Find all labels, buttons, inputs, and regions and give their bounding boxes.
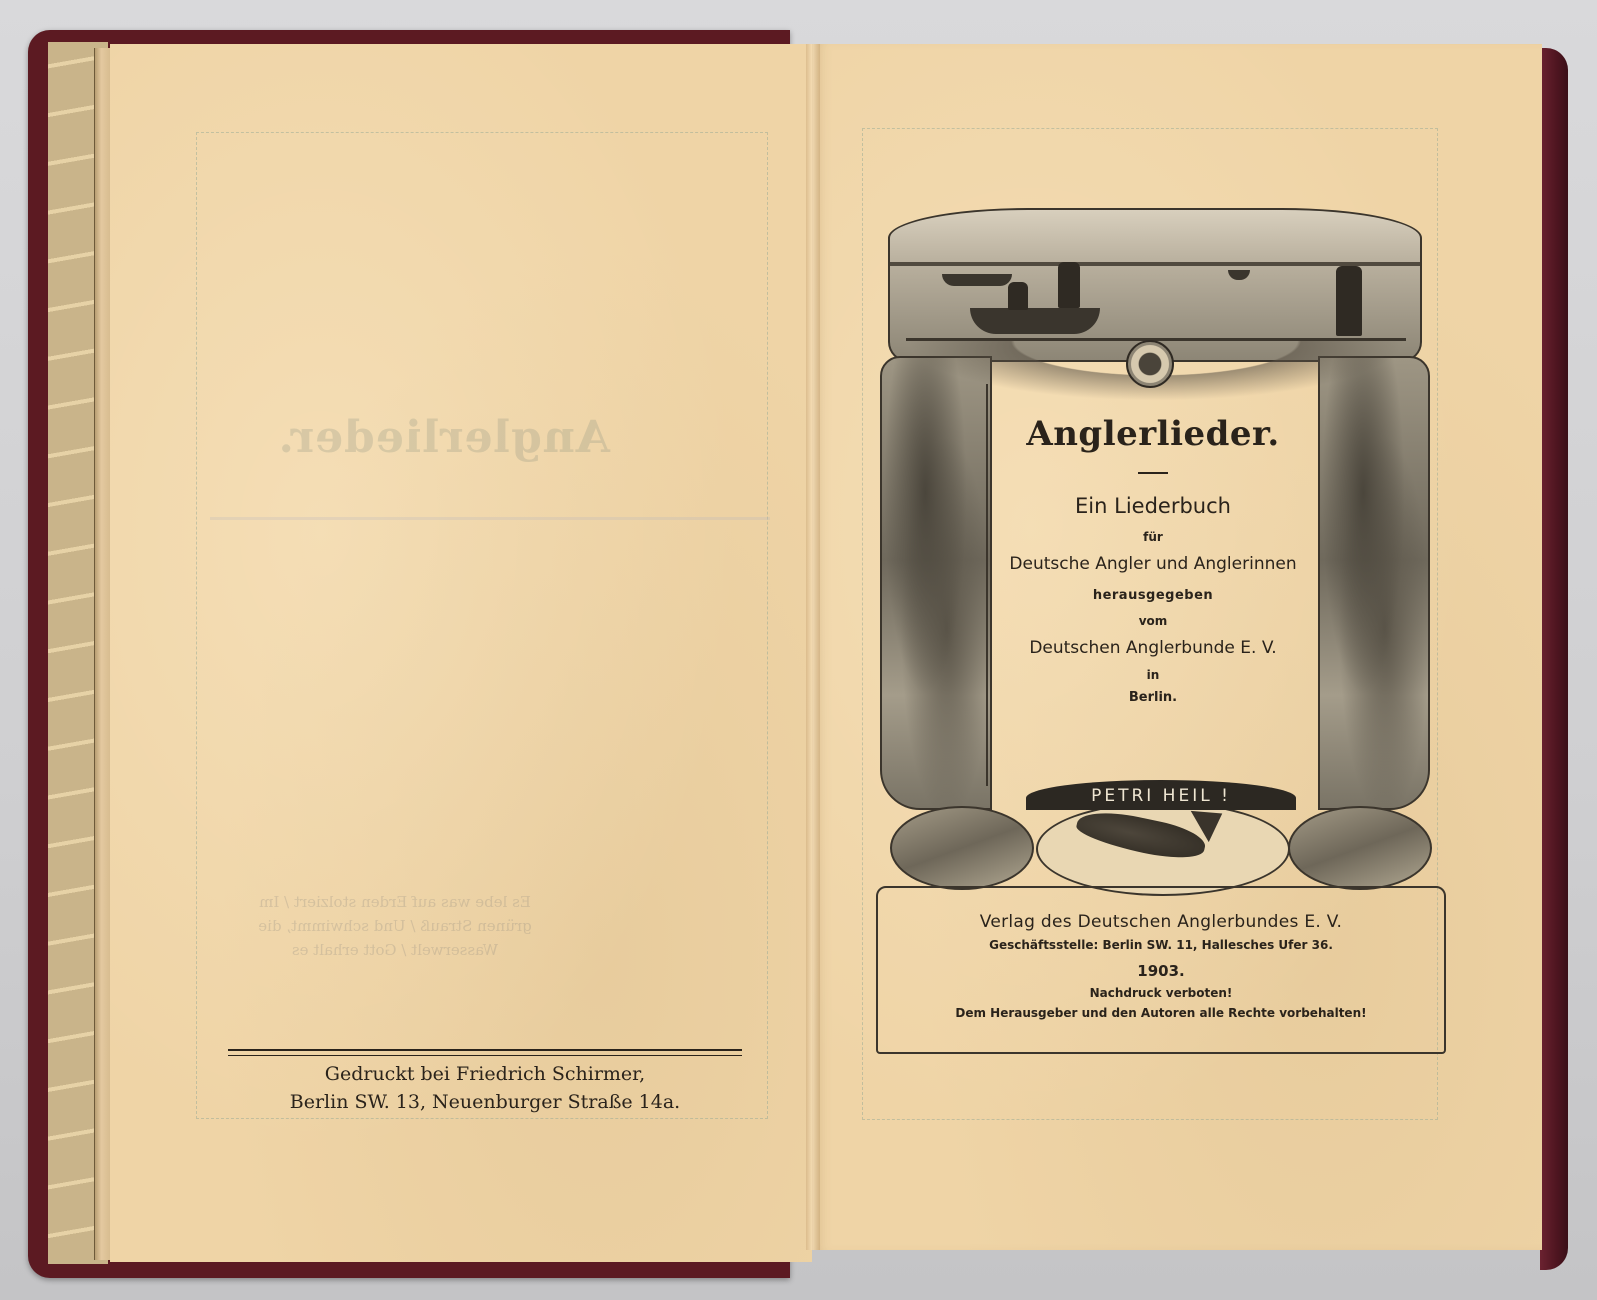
page-stack-edge [94, 48, 111, 1260]
title-illustration: Anglerlieder. Ein Liederbuch für Deutsch… [876, 206, 1442, 1052]
title-divider [1138, 472, 1168, 474]
petri-heil-banner: PETRI HEIL ! [1026, 780, 1296, 810]
forest-angler-scene [880, 356, 992, 810]
edited-by-label: herausgegeben [988, 588, 1318, 603]
book-title: Anglerlieder. [988, 414, 1318, 454]
bleed-through-verse: Es lebe was auf Erden stolziert / Im grü… [240, 890, 550, 962]
landing-net-angler-scene [1318, 356, 1430, 810]
bleed-through-rule [210, 517, 770, 520]
for-label: für [988, 530, 1318, 544]
seated-rower-figure [1008, 282, 1028, 310]
from-label: vom [988, 614, 1318, 628]
portrait-medallion-icon [1126, 340, 1174, 388]
in-label: in [988, 668, 1318, 682]
reprint-notice: Nachdruck verboten! [878, 986, 1444, 1000]
printer-line-1: Gedruckt bei Friedrich Schirmer, [228, 1060, 742, 1088]
society-name: Deutschen Anglerbunde E. V. [988, 638, 1318, 658]
bleed-through-title: Anglerlieder. [350, 412, 610, 463]
city-name: Berlin. [988, 690, 1318, 705]
standing-angler-figure [1058, 262, 1080, 308]
audience-line: Deutsche Angler und Anglerinnen [988, 554, 1318, 574]
printer-line-2: Berlin SW. 13, Neuenburger Straße 14a. [228, 1088, 742, 1116]
distant-boat-icon [1228, 270, 1250, 280]
rowing-boat-icon [970, 308, 1100, 334]
book-subtitle: Ein Liederbuch [988, 494, 1318, 518]
rowing-boat-icon [942, 274, 1012, 286]
publication-year: 1903. [878, 962, 1444, 980]
publisher-name: Verlag des Deutschen Anglerbundes E. V. [878, 912, 1444, 932]
publisher-panel: Verlag des Deutschen Anglerbundes E. V. … [876, 886, 1446, 1054]
title-panel: Anglerlieder. Ein Liederbuch für Deutsch… [986, 384, 1320, 786]
cattail-ornament-left [890, 806, 1034, 890]
office-address: Geschäftsstelle: Berlin SW. 11, Hallesch… [878, 938, 1444, 952]
book-cover-right [1540, 48, 1568, 1270]
left-plate-impression [196, 132, 768, 1119]
woman-angler-figure [1336, 266, 1362, 336]
cattail-ornament-right [1288, 806, 1432, 890]
printer-imprint: Gedruckt bei Friedrich Schirmer, Berlin … [228, 1060, 742, 1116]
rights-notice: Dem Herausgeber und den Autoren alle Rec… [878, 1006, 1444, 1020]
printer-double-rule [228, 1049, 742, 1056]
book-gutter [806, 44, 820, 1250]
